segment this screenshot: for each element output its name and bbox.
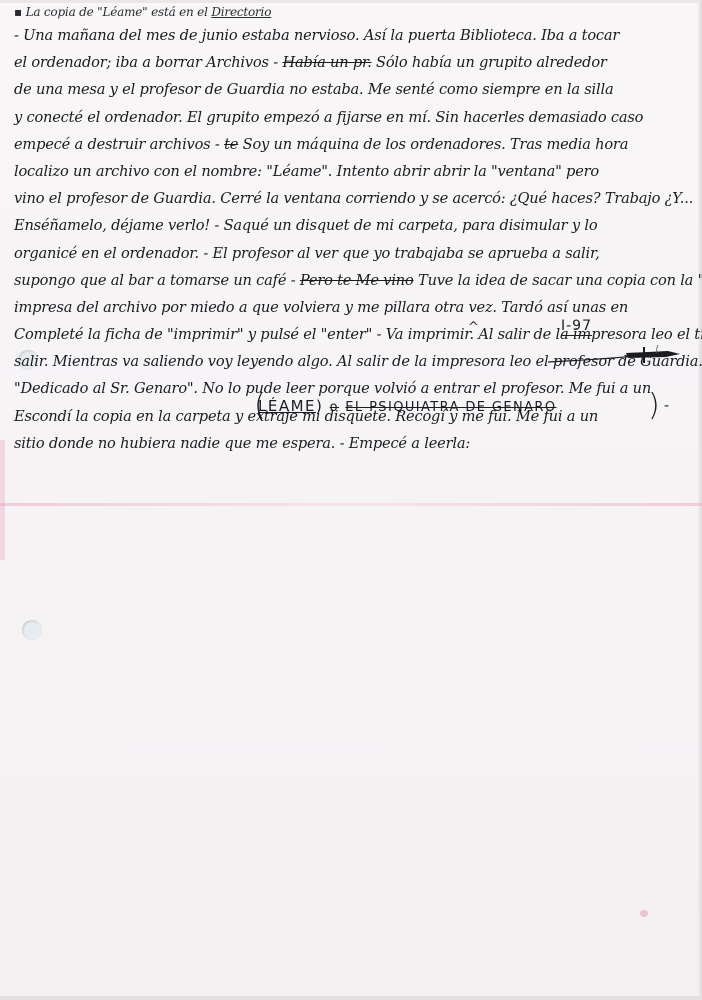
text-line: supongo que al bar a tomarse un café - P…	[14, 267, 694, 294]
text-line: - Una mañana del mes de junio estaba ner…	[14, 22, 694, 49]
struck-text: te	[224, 136, 238, 153]
paper-edge-right	[698, 0, 702, 1000]
title-main: LÉAME	[258, 397, 316, 415]
signature-flourish-icon	[548, 345, 683, 367]
title-paren-right: )	[648, 388, 660, 423]
text-line: localizo un archivo con el nombre: "Léam…	[14, 158, 694, 185]
paper-edge-bottom	[0, 996, 702, 1000]
title-trailing-dash: -	[664, 398, 669, 414]
title-connector: o	[330, 400, 339, 415]
story-title: ( LÉAME) o EL PSIQUIATRA DE GENARO ) -	[254, 390, 694, 430]
note-text: La copia de "Léame" está en el	[26, 5, 208, 19]
text-line: el ordenador; iba a borrar Archivos - Ha…	[14, 49, 694, 76]
struck-text: Había un pr.	[282, 54, 371, 71]
paper-stain	[640, 910, 648, 917]
text-line: empecé a destruir archivos - te Soy un m…	[14, 131, 694, 158]
text-line: y conecté el ordenador. El grupito empez…	[14, 104, 694, 131]
text-line: vino el profesor de Guardia. Cerré la ve…	[14, 185, 694, 212]
text-line: organicé en el ordenador. - El profesor …	[14, 240, 694, 267]
note-underlined-word: Directorio	[211, 5, 271, 19]
text-line: de una mesa y el profesor de Guardia no …	[14, 76, 694, 103]
bullet-icon: ▪	[14, 5, 22, 19]
title-struck-subtitle: EL PSIQUIATRA DE GENARO	[345, 400, 556, 415]
note-line: ▪ La copia de "Léame" está en el Directo…	[14, 2, 694, 22]
text-line: impresa del archivo por miedo a que volv…	[14, 294, 694, 321]
text-line: sitio donde no hubiera nadie que me espe…	[14, 430, 694, 457]
insertion-caret-mark: ^	[468, 320, 479, 335]
struck-text: Pero te Me vino	[300, 272, 414, 289]
handwritten-text: ▪ La copia de "Léame" está en el Directo…	[14, 2, 694, 457]
manuscript-page: ▪ La copia de "Léame" está en el Directo…	[0, 0, 702, 1000]
punch-hole-bottom	[22, 620, 42, 640]
paper-fold-tint	[0, 440, 5, 560]
paper-fold-crease	[0, 503, 702, 506]
text-line: Enséñamelo, déjame verlo! - Saqué un dis…	[14, 212, 694, 239]
chapter-number: I-97	[561, 318, 592, 336]
